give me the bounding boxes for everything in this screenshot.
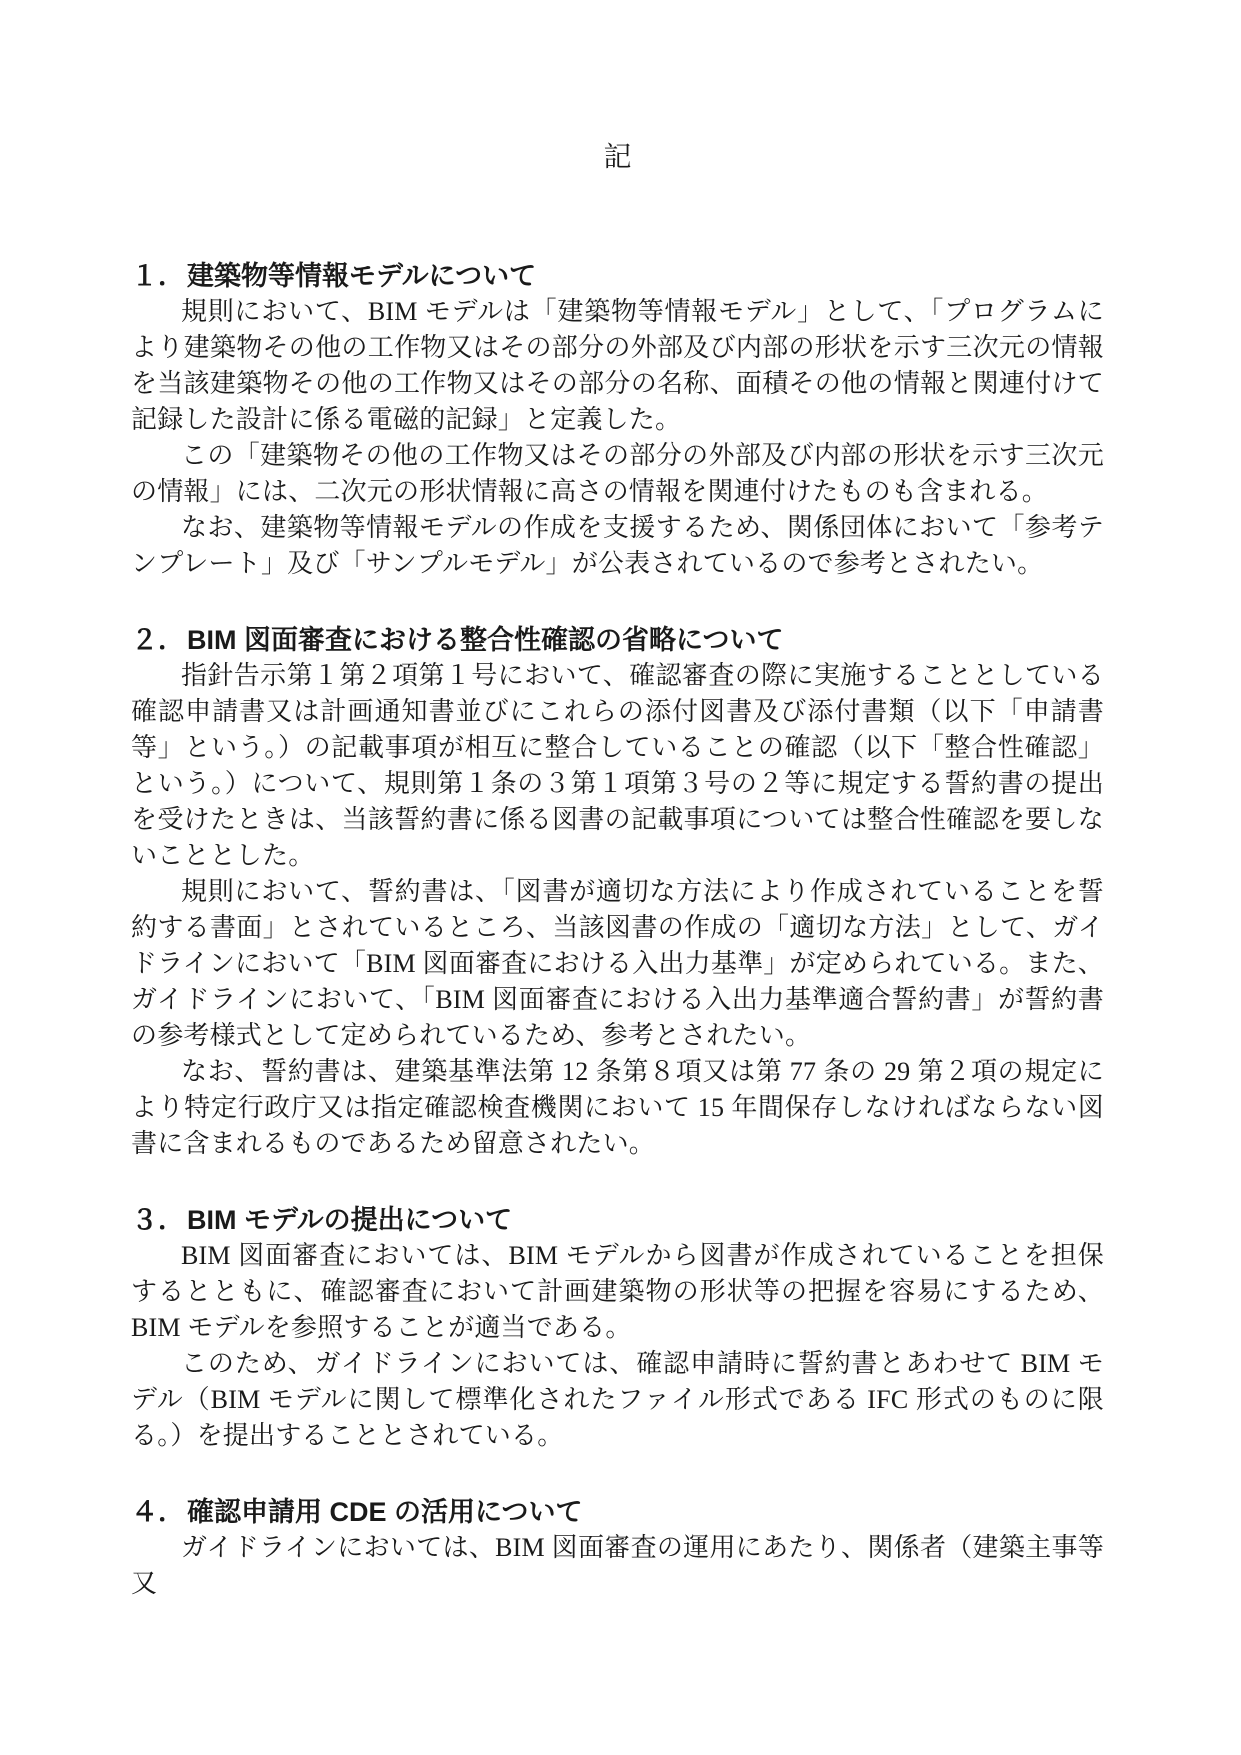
section-paragraphs: ガイドラインにおいては、BIM 図面審査の運用にあたり、関係者（建築主事等又: [131, 1530, 1104, 1602]
section-number: ３．: [131, 1202, 187, 1238]
section: ３．BIM モデルの提出について BIM 図面審査においては、BIM モデルから…: [131, 1202, 1104, 1454]
section: １．建築物等情報モデルについて 規則において、BIM モデルは「建築物等情報モデ…: [131, 258, 1104, 582]
section-heading: ４．確認申請用 CDE の活用について: [131, 1494, 1104, 1530]
body-paragraph: 指針告示第１第２項第１号において、確認審査の際に実施することとしている確認申請書…: [131, 658, 1104, 874]
document-marker: 記: [131, 140, 1104, 176]
body-paragraph: このため、ガイドラインにおいては、確認申請時に誓約書とあわせて BIM モデル（…: [131, 1346, 1104, 1454]
sections: １．建築物等情報モデルについて 規則において、BIM モデルは「建築物等情報モデ…: [131, 258, 1104, 1602]
body-paragraph: 規則において、誓約書は、「図書が適切な方法により作成されていることを誓約する書面…: [131, 874, 1104, 1054]
body-paragraph: 規則において、BIM モデルは「建築物等情報モデル」として、「プログラムにより建…: [131, 294, 1104, 438]
section-number: ２．: [131, 622, 187, 658]
section-title: 建築物等情報モデルについて: [187, 261, 536, 291]
body-paragraph: BIM 図面審査においては、BIM モデルから図書が作成されていることを担保する…: [131, 1238, 1104, 1346]
section-title: BIM 図面審査における整合性確認の省略について: [187, 625, 783, 655]
section-heading: １．建築物等情報モデルについて: [131, 258, 1104, 294]
document-page: 記 １．建築物等情報モデルについて 規則において、BIM モデルは「建築物等情報…: [0, 0, 1241, 1755]
section-heading: ３．BIM モデルの提出について: [131, 1202, 1104, 1238]
body-paragraph: なお、建築物等情報モデルの作成を支援するため、関係団体において「参考テンプレート…: [131, 510, 1104, 582]
section-paragraphs: 指針告示第１第２項第１号において、確認審査の際に実施することとしている確認申請書…: [131, 658, 1104, 1162]
body-paragraph: この「建築物その他の工作物又はその部分の外部及び内部の形状を示す三次元の情報」に…: [131, 438, 1104, 510]
section-number: １．: [131, 258, 187, 294]
section-number: ４．: [131, 1494, 187, 1530]
section: ４．確認申請用 CDE の活用について ガイドラインにおいては、BIM 図面審査…: [131, 1494, 1104, 1602]
body-paragraph: ガイドラインにおいては、BIM 図面審査の運用にあたり、関係者（建築主事等又: [131, 1530, 1104, 1602]
section-title: BIM モデルの提出について: [187, 1205, 512, 1235]
section-heading: ２．BIM 図面審査における整合性確認の省略について: [131, 622, 1104, 658]
section: ２．BIM 図面審査における整合性確認の省略について 指針告示第１第２項第１号に…: [131, 622, 1104, 1162]
section-paragraphs: BIM 図面審査においては、BIM モデルから図書が作成されていることを担保する…: [131, 1238, 1104, 1454]
section-title: 確認申請用 CDE の活用について: [187, 1497, 582, 1527]
section-paragraphs: 規則において、BIM モデルは「建築物等情報モデル」として、「プログラムにより建…: [131, 294, 1104, 582]
body-paragraph: なお、誓約書は、建築基準法第 12 条第８項又は第 77 条の 29 第２項の規…: [131, 1054, 1104, 1162]
